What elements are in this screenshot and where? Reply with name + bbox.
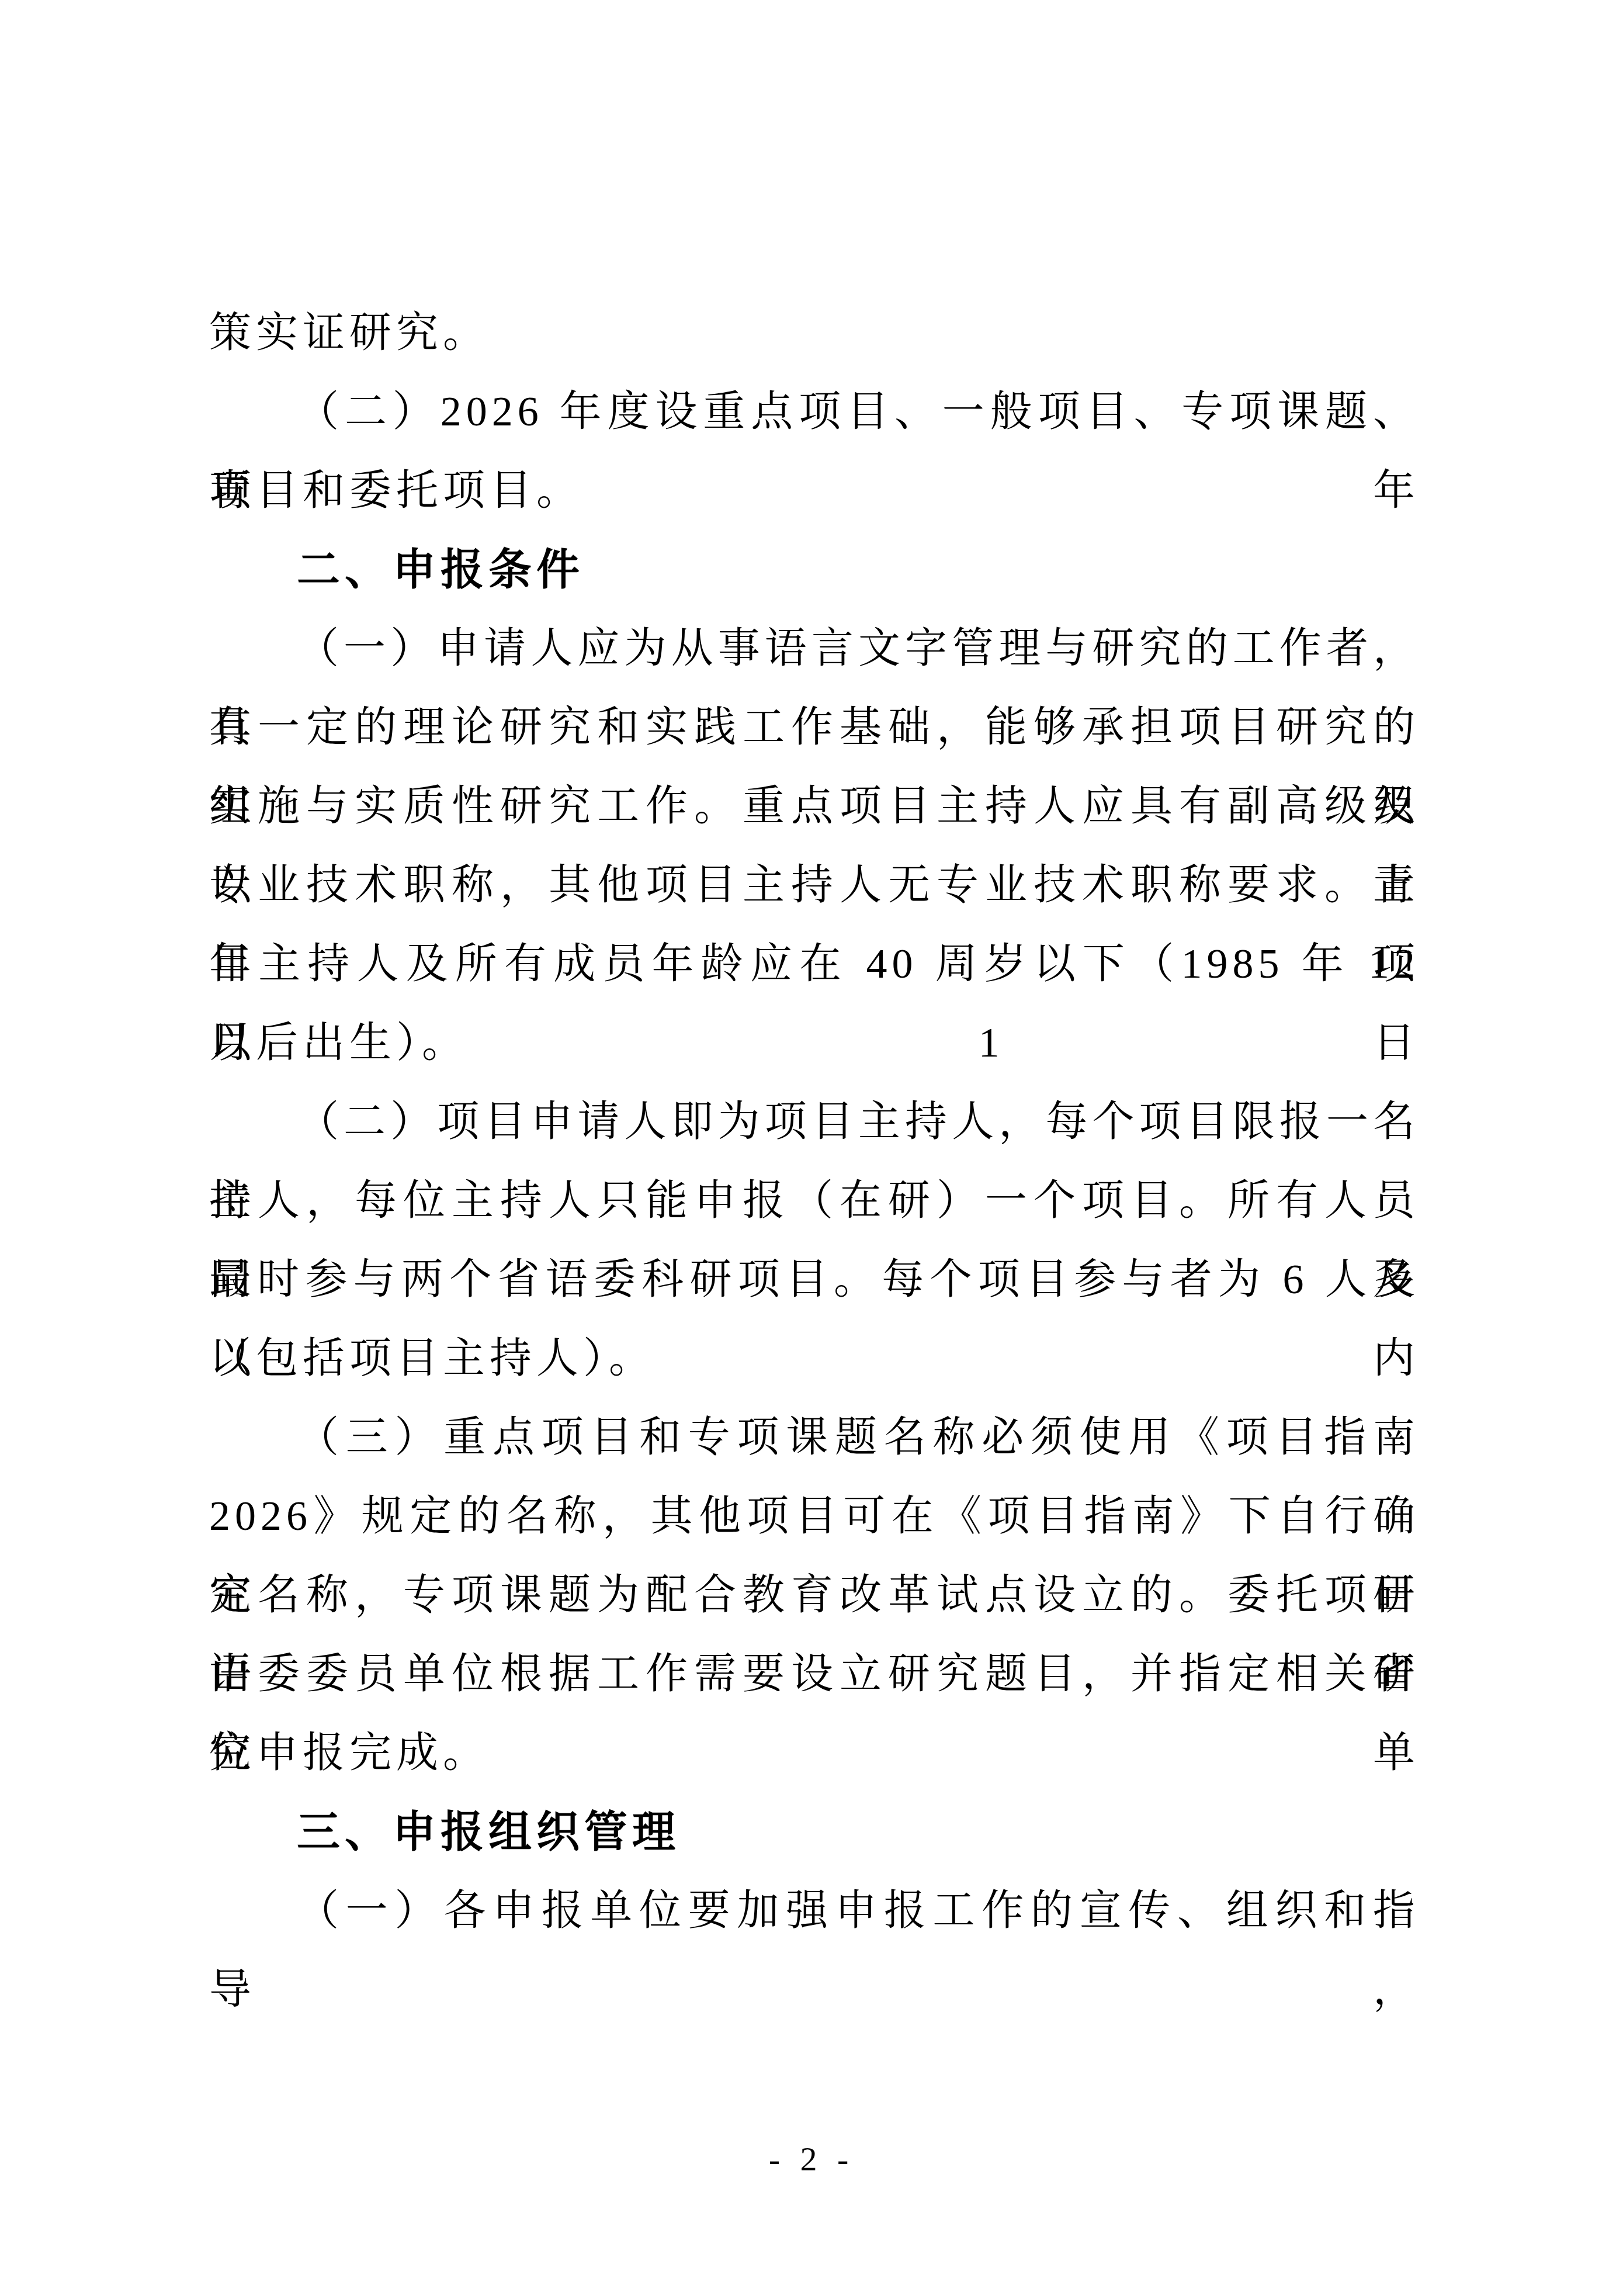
section-heading: 三、申报组织管理: [209, 1792, 1420, 1871]
section-heading: 二、申报条件: [209, 530, 1420, 609]
text-line: 策实证研究。: [209, 293, 1420, 372]
text-line: 同时参与两个省语委科研项目。每个项目参与者为 6 人及以内: [209, 1240, 1420, 1319]
text-line: 2026》规定的名称，其他项目可在《项目指南》下自行确定研: [209, 1477, 1420, 1556]
text-line: （二）项目申请人即为项目主持人，每个项目限报一名主: [209, 1082, 1420, 1161]
text-line: （二）2026 年度设重点项目、一般项目、专项课题、青年: [209, 372, 1420, 451]
text-line: 有一定的理论研究和实践工作基础，能够承担项目研究的组织: [209, 688, 1420, 767]
text-line: 究名称，专项课题为配合教育改革试点设立的。委托项目由省: [209, 1556, 1420, 1634]
text-line: 专业技术职称，其他项目主持人无专业技术职称要求。青年项: [209, 846, 1420, 924]
text-line: （一）各申报单位要加强申报工作的宣传、组织和指导，: [209, 1871, 1420, 1950]
text-line: 语委委员单位根据工作需要设立研究题目，并指定相关研究单: [209, 1634, 1420, 1713]
page-number: - 2 -: [0, 2127, 1623, 2191]
document-body: 策实证研究。 （二）2026 年度设重点项目、一般项目、专项课题、青年 项目和委…: [209, 293, 1420, 1950]
text-line: 实施与实质性研究工作。重点项目主持人应具有副高级及以上: [209, 767, 1420, 846]
text-line: 目主持人及所有成员年龄应在 40 周岁以下（1985 年 12 月 1 日: [209, 924, 1420, 1003]
text-line: （三）重点项目和专项课题名称必须使用《项目指南: [209, 1398, 1420, 1477]
text-line: 持人，每位主持人只能申报（在研）一个项目。所有人员最多: [209, 1161, 1420, 1240]
text-line: （一）申请人应为从事语言文字管理与研究的工作者， 具: [209, 609, 1420, 688]
document-page: 策实证研究。 （二）2026 年度设重点项目、一般项目、专项课题、青年 项目和委…: [0, 0, 1623, 2296]
